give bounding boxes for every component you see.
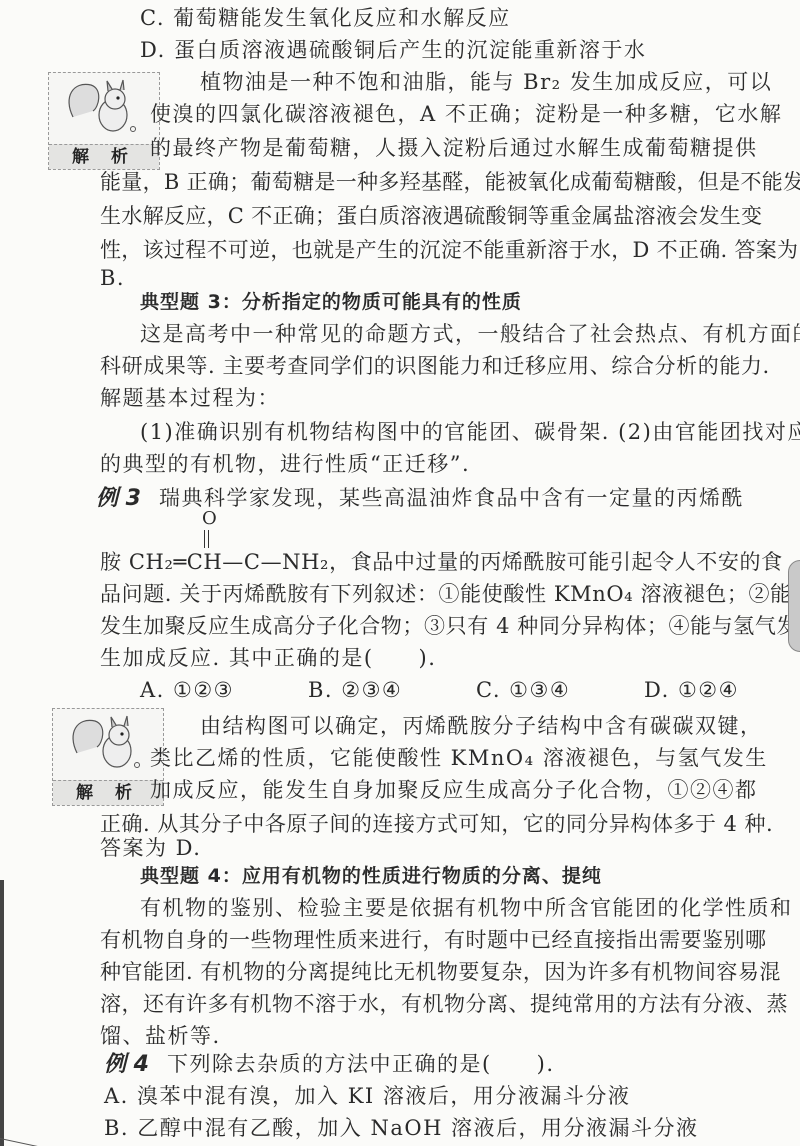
option-d: D. ①②④ <box>644 676 800 704</box>
example3-line: 例 3瑞典科学家发现，某些高温油炸食品中含有一定量的丙烯酰 <box>96 484 768 513</box>
analysis1-line: 植物油是一种不饱和油脂，能与 Br₂ 发生加成反应，可以 <box>200 68 772 96</box>
example-tag: 例 4 <box>104 1052 149 1077</box>
analysis2-line: 答案为 D. <box>100 834 772 862</box>
option-a: A. ①②③ <box>140 676 308 704</box>
option-c: C. ①③④ <box>476 676 644 704</box>
analysis1-line: 能量，B 正确；葡萄糖是一种多羟基醛，能被氧化成葡萄糖酸，但是不能发 <box>100 168 772 196</box>
page-edge-line <box>0 1138 39 1146</box>
example-tag: 例 3 <box>96 486 141 511</box>
example3-line: 生加成反应. 其中正确的是( ). <box>100 644 772 672</box>
type4-paragraph: 馏、盐析等. <box>100 1022 772 1050</box>
type4-paragraph: 种官能团. 有机物的分离提纯比无机物要复杂，因为许多有机物间容易混 <box>100 958 772 986</box>
analysis-label: 解 析 <box>49 144 159 169</box>
option-b: B. ②③④ <box>308 676 476 704</box>
example4-line: 例 4下列除去杂质的方法中正确的是( ). <box>104 1050 776 1079</box>
analysis-label: 解 析 <box>53 780 163 805</box>
analysis1-line: 使溴的四氯化碳溶液褪色，A 不正确；淀粉是一种多糖，它水解 <box>150 100 770 128</box>
option-c: C. 葡萄糖能发生氧化反应和水解反应 <box>140 4 800 32</box>
section-heading-type4: 典型题 4：应用有机物的性质进行物质的分离、提纯 <box>140 862 800 890</box>
option-a: A. 溴苯中混有溴，加入 KI 溶液后，用分液漏斗分液 <box>104 1082 776 1110</box>
type3-paragraph: 科研成果等. 主要考查同学们的识图能力和迁移应用、综合分析的能力. <box>100 352 772 380</box>
analysis1-line: 生水解反应，C 不正确；蛋白质溶液遇硫酸铜等重金属盐溶液会发生变 <box>100 202 772 230</box>
example4-stem: 下列除去杂质的方法中正确的是( ). <box>167 1052 555 1076</box>
example3-line: 品问题. 关于丙烯酰胺有下列叙述：①能使酸性 KMnO₄ 溶液褪色；②能 <box>100 580 772 608</box>
option-d: D. 蛋白质溶液遇硫酸铜后产生的沉淀能重新溶于水 <box>140 36 800 64</box>
formula-oxygen: O <box>202 508 217 529</box>
example3-line: 发生加聚反应生成高分子化合物；③只有 4 种同分异构体；④能与氢气发 <box>100 612 772 640</box>
option-b: B. 乙醇中混有乙酸，加入 NaOH 溶液后，用分液漏斗分液 <box>104 1114 776 1142</box>
formula-acrylamide: 胺 CH₂═CH—C—NH₂ <box>100 550 329 574</box>
textbook-page: C. 葡萄糖能发生氧化反应和水解反应 D. 蛋白质溶液遇硫酸铜后产生的沉淀能重新… <box>0 0 800 1146</box>
analysis1-line: 性，该过程不可逆，也就是产生的沉淀不能重新溶于水，D 不正确. 答案为 <box>100 236 772 264</box>
type3-paragraph: 解题基本过程为： <box>100 384 772 412</box>
example3-options: A. ①②③ B. ②③④ C. ①③④ D. ①②④ <box>140 676 800 704</box>
type4-paragraph: 有机物的鉴别、检验主要是依据有机物中所含官能团的化学性质和 <box>140 894 772 922</box>
page-tab-marker <box>788 560 800 652</box>
example3-line: 胺 CH₂═CH—C—NH₂，食品中过量的丙烯酰胺可能引起令人不安的食 <box>100 548 772 576</box>
squirrel-icon <box>67 713 147 775</box>
example3-text: 瑞典科学家发现，某些高温油炸食品中含有一定量的丙烯酰 <box>159 486 744 510</box>
analysis1-line: 的最终产物是葡萄糖，人摄入淀粉后通过水解生成葡萄糖提供 <box>150 134 770 162</box>
example3-text: ，食品中过量的丙烯酰胺可能引起令人不安的食 <box>329 550 783 574</box>
type3-paragraph: 的典型的有机物，进行性质“正迁移”. <box>100 450 772 478</box>
analysis-badge: 解 析 <box>48 72 160 170</box>
section-heading-type3: 典型题 3：分析指定的物质可能具有的性质 <box>140 288 800 316</box>
type4-paragraph: 溶，还有许多有机物不溶于水，有机物分离、提纯常用的方法有分液、蒸 <box>100 990 772 1018</box>
analysis2-line: 由结构图可以确定，丙烯酰胺分子结构中含有碳碳双键， <box>200 712 772 740</box>
analysis-badge: 解 析 <box>52 708 164 806</box>
analysis2-line: 类比乙烯的性质，它能使酸性 KMnO₄ 溶液褪色，与氢气发生 <box>150 744 770 772</box>
type4-paragraph: 有机物自身的一些物理性质来进行，有时题中已经直接指出需要鉴别哪 <box>100 926 772 954</box>
type3-paragraph: (1)准确识别有机物结构图中的官能团、碳骨架. (2)由官能团找对应 <box>140 418 772 446</box>
squirrel-icon <box>63 77 143 139</box>
book-spine-shadow <box>0 880 4 1146</box>
analysis2-line: 加成反应，能发生自身加聚反应生成高分子化合物，①②④都 <box>150 776 770 804</box>
formula-double-bond <box>204 530 209 548</box>
type3-paragraph: 这是高考中一种常见的命题方式，一般结合了社会热点、有机方面的 <box>140 320 772 348</box>
